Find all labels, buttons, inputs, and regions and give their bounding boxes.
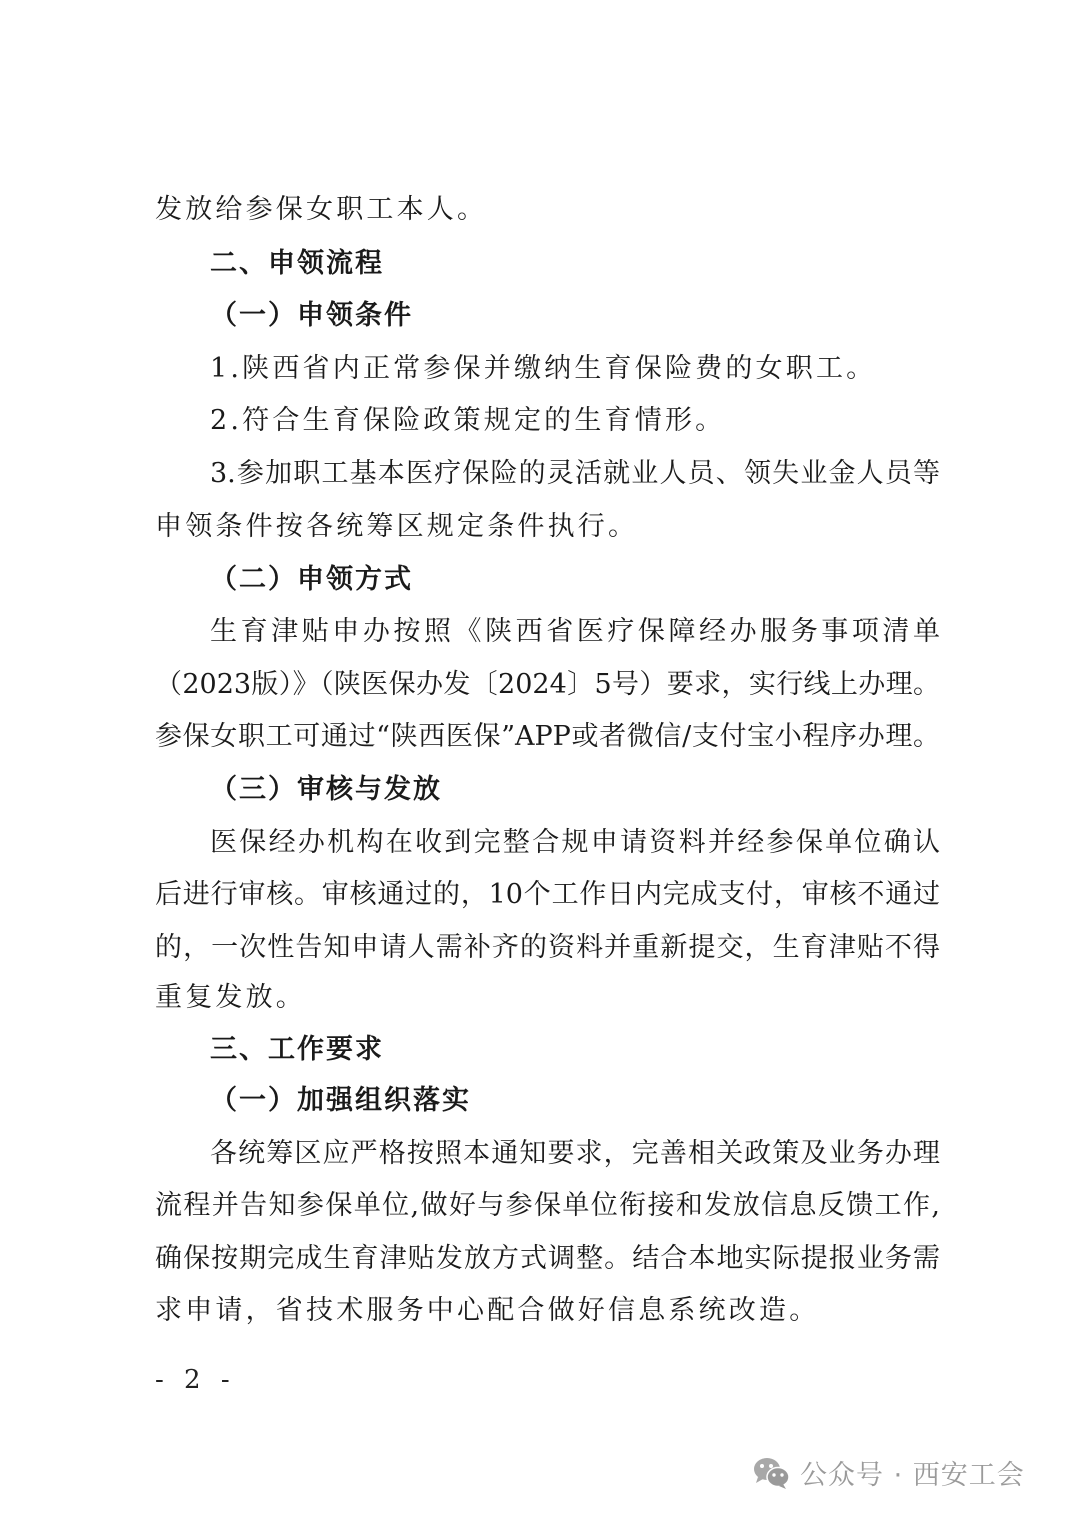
subsection-heading: （二）申领方式 [210,560,413,600]
body-line: 申领条件按各统筹区规定条件执行。 [155,507,638,547]
body-line: 重复发放。 [155,978,306,1018]
body-line: 的，一次性告知申请人需补齐的资料并重新提交，生育津贴不得 [155,928,940,968]
watermark-label: 公众号 · 西安工会 [800,1453,1025,1492]
body-line: 生育津贴申办按照《陕西省医疗保障经办服务事项清单 [210,612,940,652]
wechat-icon [752,1455,792,1491]
list-item: 3.参加职工基本医疗保险的灵活就业人员、领失业金人员等 [210,454,940,494]
body-line: 发放给参保女职工本人。 [155,190,487,230]
body-line: 确保按期完成生育津贴发放方式调整。结合本地实际提报业务需 [155,1239,940,1279]
body-line: 医保经办机构在收到完整合规申请资料并经参保单位确认 [210,823,940,863]
body-line: 流程并告知参保单位,做好与参保单位衔接和发放信息反馈工作, [155,1186,940,1226]
subsection-heading: （一）申领条件 [210,296,413,336]
page-number: - 2 - [155,1365,236,1395]
subsection-heading: （三）审核与发放 [210,770,442,810]
body-line: 后进行审核。审核通过的，10个工作日内完成支付，审核不通过 [155,875,940,915]
body-line: （2023版）》（陕医保办发〔2024〕5号）要求，实行线上办理。 [155,665,940,705]
watermark: 公众号 · 西安工会 [752,1453,1025,1492]
body-line: 各统筹区应严格按照本通知要求，完善相关政策及业务办理 [210,1134,940,1174]
document-page: 发放给参保女职工本人。 二、申领流程 （一）申领条件 1.陕西省内正常参保并缴纳… [0,0,1074,1520]
body-line: 参保女职工可通过“陕西医保”APP或者微信/支付宝小程序办理。 [155,717,940,757]
body-line: 求申请，省技术服务中心配合做好信息系统改造。 [155,1291,819,1331]
list-item: 1.陕西省内正常参保并缴纳生育保险费的女职工。 [210,349,876,389]
section-heading: 二、申领流程 [210,244,384,284]
section-heading: 三、工作要求 [210,1030,384,1070]
list-item: 2.符合生育保险政策规定的生育情形。 [210,401,725,441]
subsection-heading: （一）加强组织落实 [210,1081,471,1121]
